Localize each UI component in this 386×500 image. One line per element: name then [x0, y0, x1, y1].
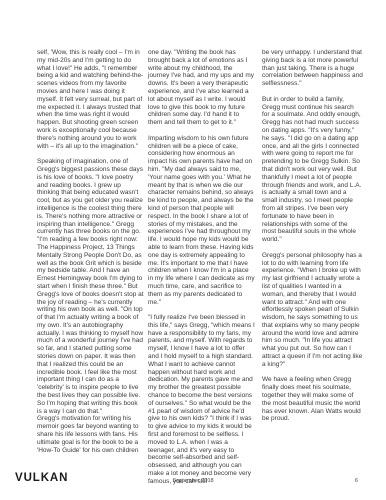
paragraph: But in order to build a family, Gregg mu… [262, 96, 363, 244]
paragraph: Gregg's personal philosophy has a lot to… [262, 252, 363, 369]
paragraph: Imparting wisdom to his own future child… [148, 135, 255, 307]
paragraph: self, 'Wow, this is really cool – I'm in… [37, 49, 144, 150]
page-number: 6 [355, 478, 358, 484]
paragraph: "I fully realize I've been blessed in th… [148, 314, 255, 486]
magazine-page: self, 'Wow, this is really cool – I'm in… [0, 0, 386, 500]
issue-date: September 2018 [0, 478, 386, 484]
text-column-2: one day. "Writing the book has brought b… [148, 49, 255, 486]
paragraph: one day. "Writing the book has brought b… [148, 49, 255, 127]
text-column-1: self, 'Wow, this is really cool – I'm in… [37, 49, 144, 454]
paragraph: Speaking of imagination, one of Gregg's … [37, 158, 144, 415]
text-column-3: be very unhappy. I understand that givin… [262, 49, 363, 423]
paragraph: We have a feeling when Gregg finally doe… [262, 376, 363, 423]
paragraph: be very unhappy. I understand that givin… [262, 49, 363, 88]
paragraph: Gregg's motivation for writing his memoi… [37, 415, 144, 454]
